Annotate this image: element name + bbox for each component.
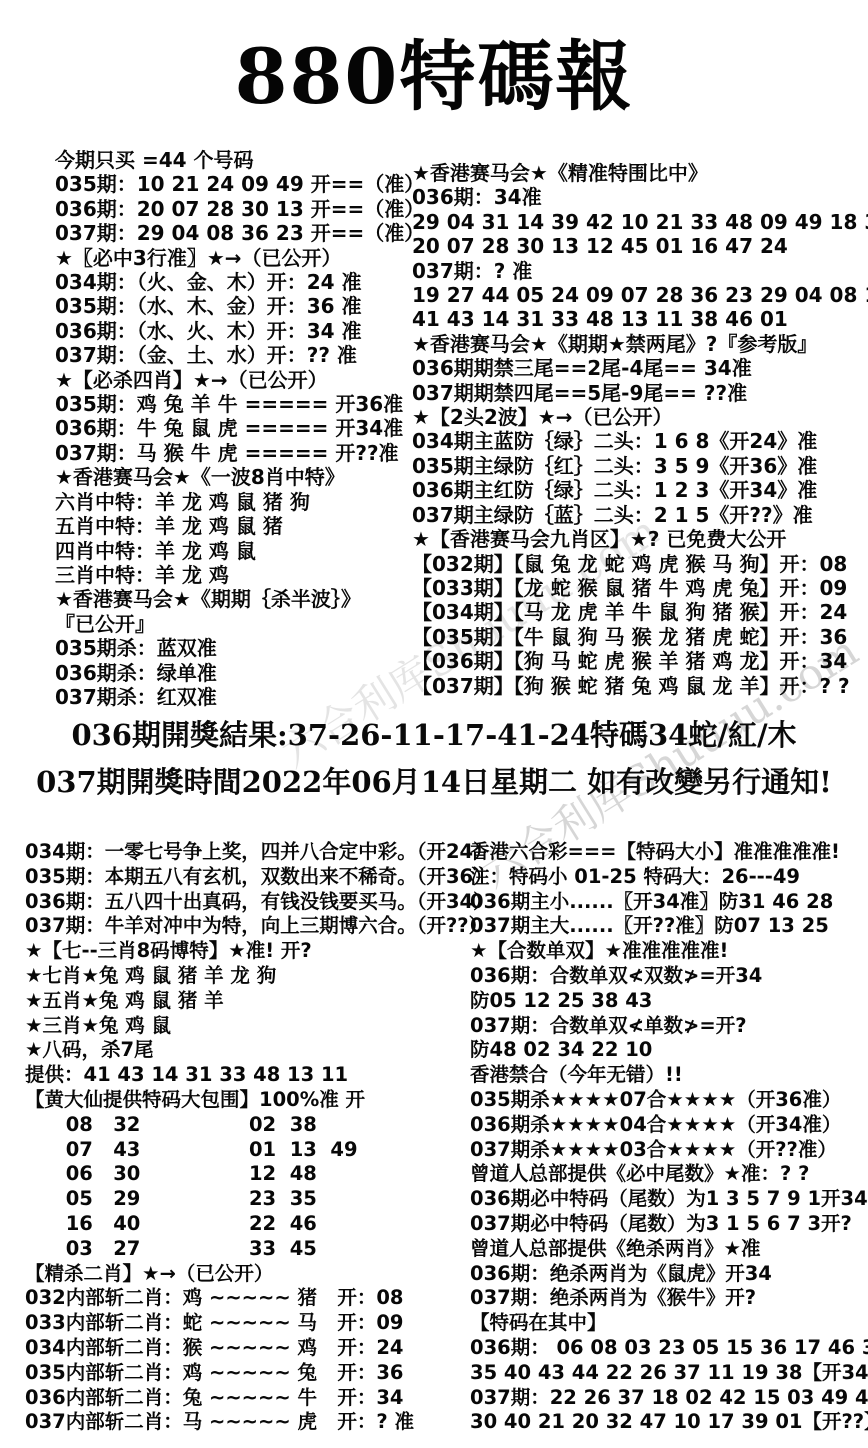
text-line: 防05 12 25 38 43	[470, 989, 864, 1014]
text-line: 037期：马 猴 牛 虎 ===== 开??准	[55, 441, 415, 465]
text-line: 036期：20 07 28 30 13 开==（准）	[55, 197, 415, 221]
text-line: 035期主绿防｛红｝二头：3 5 9《开36》准	[412, 454, 864, 478]
page-title: 880特碼報	[0, 16, 868, 125]
text-line: 05 29 23 35	[25, 1187, 470, 1212]
text-line: 曾道人总部提供《绝杀两肖》★准	[470, 1237, 864, 1262]
text-line: 036期：34准	[412, 185, 864, 209]
draw-result-banner: 036期開獎結果:37-26-11-17-41-24特碼34蛇/紅/木 037期…	[0, 712, 868, 806]
text-line: 20 07 28 30 13 12 45 01 16 47 24	[412, 234, 864, 258]
next-draw-time-line: 037期開獎時間2022年06月14日星期二 如有改變另行通知!	[0, 759, 868, 806]
text-line: 30 40 21 20 32 47 10 17 39 01【开??】	[470, 1410, 864, 1435]
text-line: 037期：? 准	[412, 259, 864, 283]
text-line: ★三肖★兔 鸡 鼠	[25, 1014, 470, 1039]
text-line: 【033期】【龙 蛇 猴 鼠 猪 牛 鸡 虎 兔】开：09	[412, 576, 864, 600]
text-line: 035期：本期五八有玄机，双数出来不稀奇。（开36）	[25, 865, 470, 890]
text-line: ★【合数单双】★准准准准准!	[470, 939, 864, 964]
page: 880特碼報 六合利库Shuuuu.com 六合利库Shuuuu.com 今期只…	[0, 0, 868, 1448]
text-line: 今期只买 =44 个号码	[55, 148, 415, 172]
text-line: 19 27 44 05 24 09 07 28 36 23 29 04 08 1…	[412, 283, 864, 307]
text-line: 036期主红防｛绿｝二头：1 2 3《开34》准	[412, 478, 864, 502]
text-line: 035期：鸡 兔 羊 牛 ===== 开36准	[55, 392, 415, 416]
text-line: ★八码，杀7尾	[25, 1038, 470, 1063]
text-line: 035内部斩二肖：鸡 ~~~~~ 兔 开：36	[25, 1361, 470, 1386]
text-line: 036期：牛 兔 鼠 虎 ===== 开34准	[55, 416, 415, 440]
text-line: 【032期】【鼠 兔 龙 蛇 鸡 虎 猴 马 狗】开：08	[412, 552, 864, 576]
text-line: 034内部斩二肖：猴 ~~~~~ 鸡 开：24	[25, 1336, 470, 1361]
text-line: 036期期禁三尾==2尾-4尾== 34准	[412, 356, 864, 380]
text-line: ★香港赛马会★《精准特围比中》	[412, 161, 864, 185]
text-line: 06 30 12 48	[25, 1162, 470, 1187]
text-line: ★香港赛马会★《期期★禁两尾》?『参考版』	[412, 332, 864, 356]
text-line: 香港禁合（今年无错）!!	[470, 1063, 864, 1088]
section-top-left-tips: 今期只买 =44 个号码035期：10 21 24 09 49 开==（准）03…	[55, 148, 415, 709]
section-top-right-tips: ★香港赛马会★《精准特围比中》036期：34准29 04 31 14 39 42…	[412, 161, 864, 698]
text-line: 037期杀：红双准	[55, 685, 415, 709]
text-line: 07 43 01 13 49	[25, 1138, 470, 1163]
text-line: ★【七--三肖8码博特】★准! 开?	[25, 939, 470, 964]
text-line: ★【必杀四肖】★→（已公开）	[55, 368, 415, 392]
text-line: 037期：（金、土、水）开：?? 准	[55, 343, 415, 367]
text-line: 036内部斩二肖：兔 ~~~~~ 牛 开：34	[25, 1386, 470, 1411]
text-line: 035期：（水、木、金）开：36 准	[55, 294, 415, 318]
text-line: 四肖中特：羊 龙 鸡 鼠	[55, 539, 415, 563]
text-line: 037期主绿防｛蓝｝二头：2 1 5《开??》准	[412, 503, 864, 527]
text-line: 六肖中特：羊 龙 鸡 鼠 猪 狗	[55, 490, 415, 514]
text-line: 29 04 31 14 39 42 10 21 33 48 09 49 18 3…	[412, 210, 864, 234]
text-line: 注：特码小 01-25 特码大：26---49	[470, 865, 864, 890]
text-line: 曾道人总部提供《必中尾数》★准：? ?	[470, 1162, 864, 1187]
text-line: 036期：五八四十出真码，有钱没钱要买马。（开34）	[25, 890, 470, 915]
text-line: 【特码在其中】	[470, 1311, 864, 1336]
text-line: 08 32 02 38	[25, 1113, 470, 1138]
text-line: 035期：10 21 24 09 49 开==（准）	[55, 172, 415, 196]
text-line: 037期：牛羊对冲中为特，向上三期博六合。（开??）	[25, 914, 470, 939]
text-line: 037期：绝杀两肖为《猴牛》开?	[470, 1286, 864, 1311]
text-line: ★【2头2波】★→（已公开）	[412, 405, 864, 429]
text-line: 【精杀二肖】★→（已公开）	[25, 1262, 470, 1287]
text-line: 16 40 22 46	[25, 1212, 470, 1237]
text-line: 034期：（火、金、木）开：24 准	[55, 270, 415, 294]
text-line: 『已公开』	[55, 612, 415, 636]
text-line: 037期主大......〖开??准〗防07 13 25	[470, 914, 864, 939]
text-line: 036期： 06 08 03 23 05 15 36 17 46 32	[470, 1336, 864, 1361]
text-line: 035期杀★★★★07合★★★★（开36准）	[470, 1088, 864, 1113]
text-line: 036期：（水、火、木）开：34 准	[55, 319, 415, 343]
text-line: 香港六合彩===【特码大小】准准准准准!	[470, 840, 864, 865]
text-line: 03 27 33 45	[25, 1237, 470, 1262]
text-line: 037期：29 04 08 36 23 开==（准）	[55, 221, 415, 245]
text-line: 037内部斩二肖：马 ~~~~~ 虎 开：? 准	[25, 1410, 470, 1435]
text-line: 三肖中特：羊 龙 鸡	[55, 563, 415, 587]
text-line: ★【香港赛马会九肖区】★? 已免费大公开	[412, 527, 864, 551]
text-line: 036期：绝杀两肖为《鼠虎》开34	[470, 1262, 864, 1287]
text-line: ★香港赛马会★《一波8肖中特》	[55, 465, 415, 489]
text-line: 035期杀：蓝双准	[55, 636, 415, 660]
text-line: 防48 02 34 22 10	[470, 1038, 864, 1063]
text-line: 037期：合数单双≮单数≯=开?	[470, 1014, 864, 1039]
draw-result-line: 036期開獎結果:37-26-11-17-41-24特碼34蛇/紅/木	[0, 712, 868, 759]
text-line: 35 40 43 44 22 26 37 11 19 38【开34】	[470, 1361, 864, 1386]
text-line: 037期：22 26 37 18 02 42 15 03 49 45	[470, 1386, 864, 1411]
text-line: 034期：一零七号争上奖，四并八合定中彩。（开24）	[25, 840, 470, 865]
text-line: 034期主蓝防｛绿｝二头：1 6 8《开24》准	[412, 429, 864, 453]
text-line: 037期杀★★★★03合★★★★（开??准）	[470, 1138, 864, 1163]
text-line: 036期主小......〖开34准〗防31 46 28	[470, 890, 864, 915]
text-line: ★五肖★兔 鸡 鼠 猪 羊	[25, 989, 470, 1014]
section-bottom-right-tips: 香港六合彩===【特码大小】准准准准准!注：特码小 01-25 特码大：26--…	[470, 840, 864, 1435]
text-line: 036期：合数单双≮双数≯=开34	[470, 964, 864, 989]
text-line: 037期期禁四尾==5尾-9尾== ??准	[412, 381, 864, 405]
text-line: 036期杀★★★★04合★★★★（开34准）	[470, 1113, 864, 1138]
text-line: 41 43 14 31 33 48 13 11 38 46 01	[412, 307, 864, 331]
text-line: ★〖必中3行准〗★→（已公开）	[55, 246, 415, 270]
text-line: ★香港赛马会★《期期｛杀半波｝》	[55, 587, 415, 611]
text-line: 五肖中特：羊 龙 鸡 鼠 猪	[55, 514, 415, 538]
text-line: 【035期】【牛 鼠 狗 马 猴 龙 猪 虎 蛇】开：36	[412, 625, 864, 649]
text-line: 036期杀：绿单准	[55, 661, 415, 685]
text-line: 036期必中特码（尾数）为1 3 5 7 9 1开34	[470, 1187, 864, 1212]
text-line: 【034期】【马 龙 虎 羊 牛 鼠 狗 猪 猴】开：24	[412, 600, 864, 624]
text-line: 【037期】【狗 猴 蛇 猪 兔 鸡 鼠 龙 羊】开：? ?	[412, 674, 864, 698]
text-line: 032内部斩二肖：鸡 ~~~~~ 猪 开：08	[25, 1286, 470, 1311]
text-line: 提供：41 43 14 31 33 48 13 11	[25, 1063, 470, 1088]
text-line: 【黄大仙提供特码大包围】100%准 开	[25, 1088, 470, 1113]
section-bottom-left-tips: 034期：一零七号争上奖，四并八合定中彩。（开24）035期：本期五八有玄机，双…	[25, 840, 470, 1435]
text-line: 037期必中特码（尾数）为3 1 5 6 7 3开?	[470, 1212, 864, 1237]
text-line: 【036期】【狗 马 蛇 虎 猴 羊 猪 鸡 龙】开：34	[412, 649, 864, 673]
text-line: ★七肖★兔 鸡 鼠 猪 羊 龙 狗	[25, 964, 470, 989]
text-line: 033内部斩二肖：蛇 ~~~~~ 马 开：09	[25, 1311, 470, 1336]
